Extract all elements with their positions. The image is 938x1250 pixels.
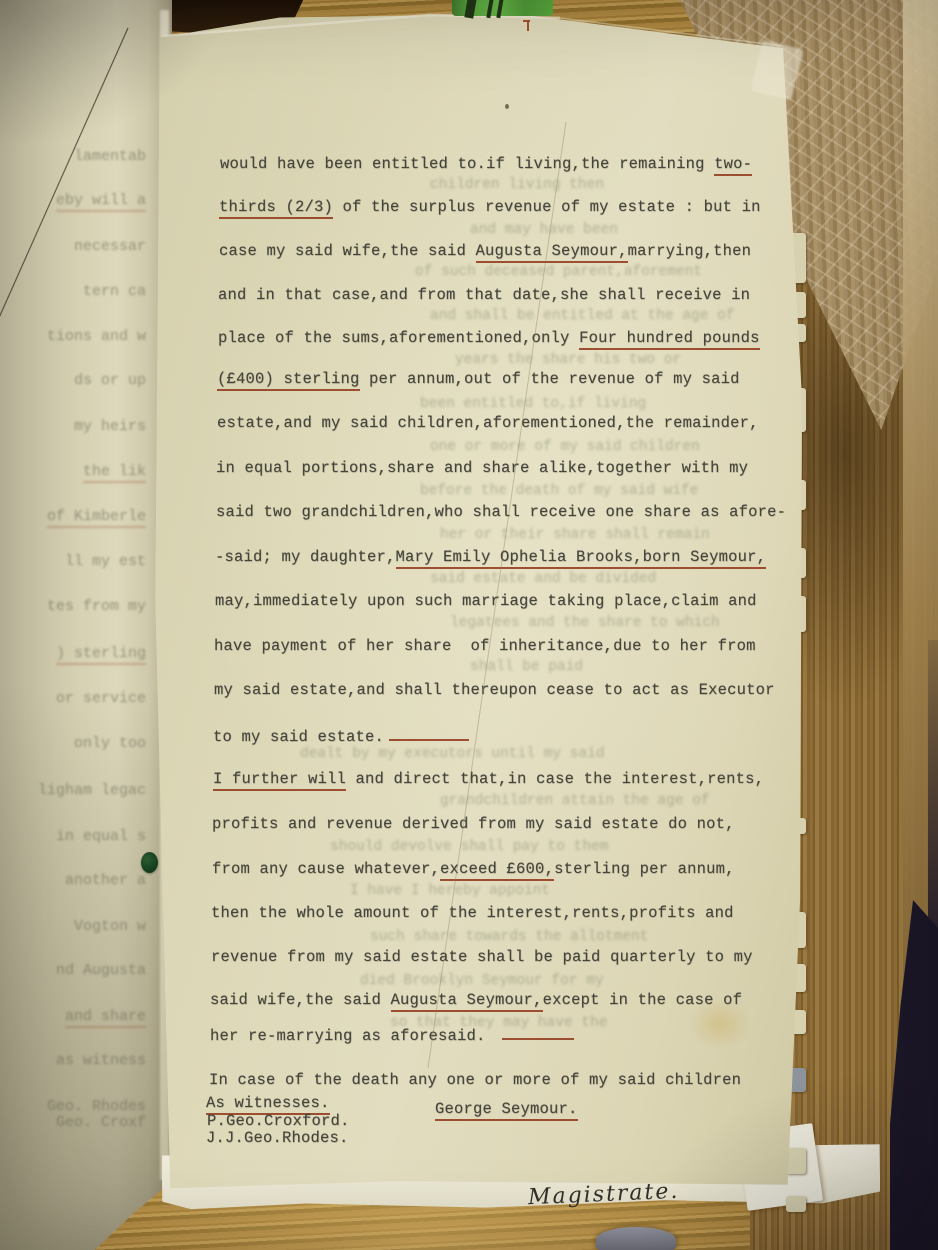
green-fastener-dot bbox=[141, 852, 158, 873]
showthrough-text-fragment: grandchildren attain the age of bbox=[440, 792, 710, 810]
showthrough-text-fragment: and may have been bbox=[470, 221, 618, 239]
showthrough-text-fragment: been entitled to,if living bbox=[420, 395, 646, 413]
showthrough-text-fragment: shall be paid bbox=[470, 658, 583, 676]
showthrough-text-fragment: I have I hereby appoint bbox=[350, 882, 550, 900]
green-paperclip bbox=[452, 0, 553, 16]
paperclip-wire-slot bbox=[464, 0, 476, 19]
showthrough-text-fragment: said estate and be divided bbox=[430, 570, 656, 588]
paperclip-wire-slot bbox=[496, 0, 503, 18]
showthrough-text-fragment: one or more of my said children bbox=[430, 438, 700, 456]
showthrough-text-fragment: years the share his two or bbox=[455, 351, 681, 369]
paperclip-wire-slot bbox=[486, 0, 493, 18]
showthrough-text-fragment: before the death of my said wife bbox=[420, 482, 698, 500]
showthrough-text-fragment: such share towards the allotment bbox=[370, 928, 648, 946]
showthrough-text-fragment: dealt by my executors until my said bbox=[300, 745, 605, 763]
showthrough-text-fragment: her or their share shall remain bbox=[440, 526, 710, 544]
ghost-main-layer: children living thenand may have beenof … bbox=[0, 0, 938, 1250]
showthrough-text-fragment: children living then bbox=[430, 176, 604, 194]
showthrough-text-fragment: legatees and the share to which bbox=[450, 614, 720, 632]
grey-pebble-object bbox=[596, 1227, 676, 1250]
photo-scene: lamentabeby will anecessartern cations a… bbox=[0, 0, 938, 1250]
showthrough-text-fragment: and shall be entitled at the age of bbox=[430, 307, 735, 325]
showthrough-text-fragment: died Brooklyn Seymour for my bbox=[360, 972, 604, 990]
showthrough-text-fragment: of such deceased parent,aforement bbox=[415, 263, 702, 281]
showthrough-text-fragment: so that they may have the bbox=[390, 1014, 608, 1032]
showthrough-text-fragment: should devolve shall pay to them bbox=[330, 838, 608, 856]
